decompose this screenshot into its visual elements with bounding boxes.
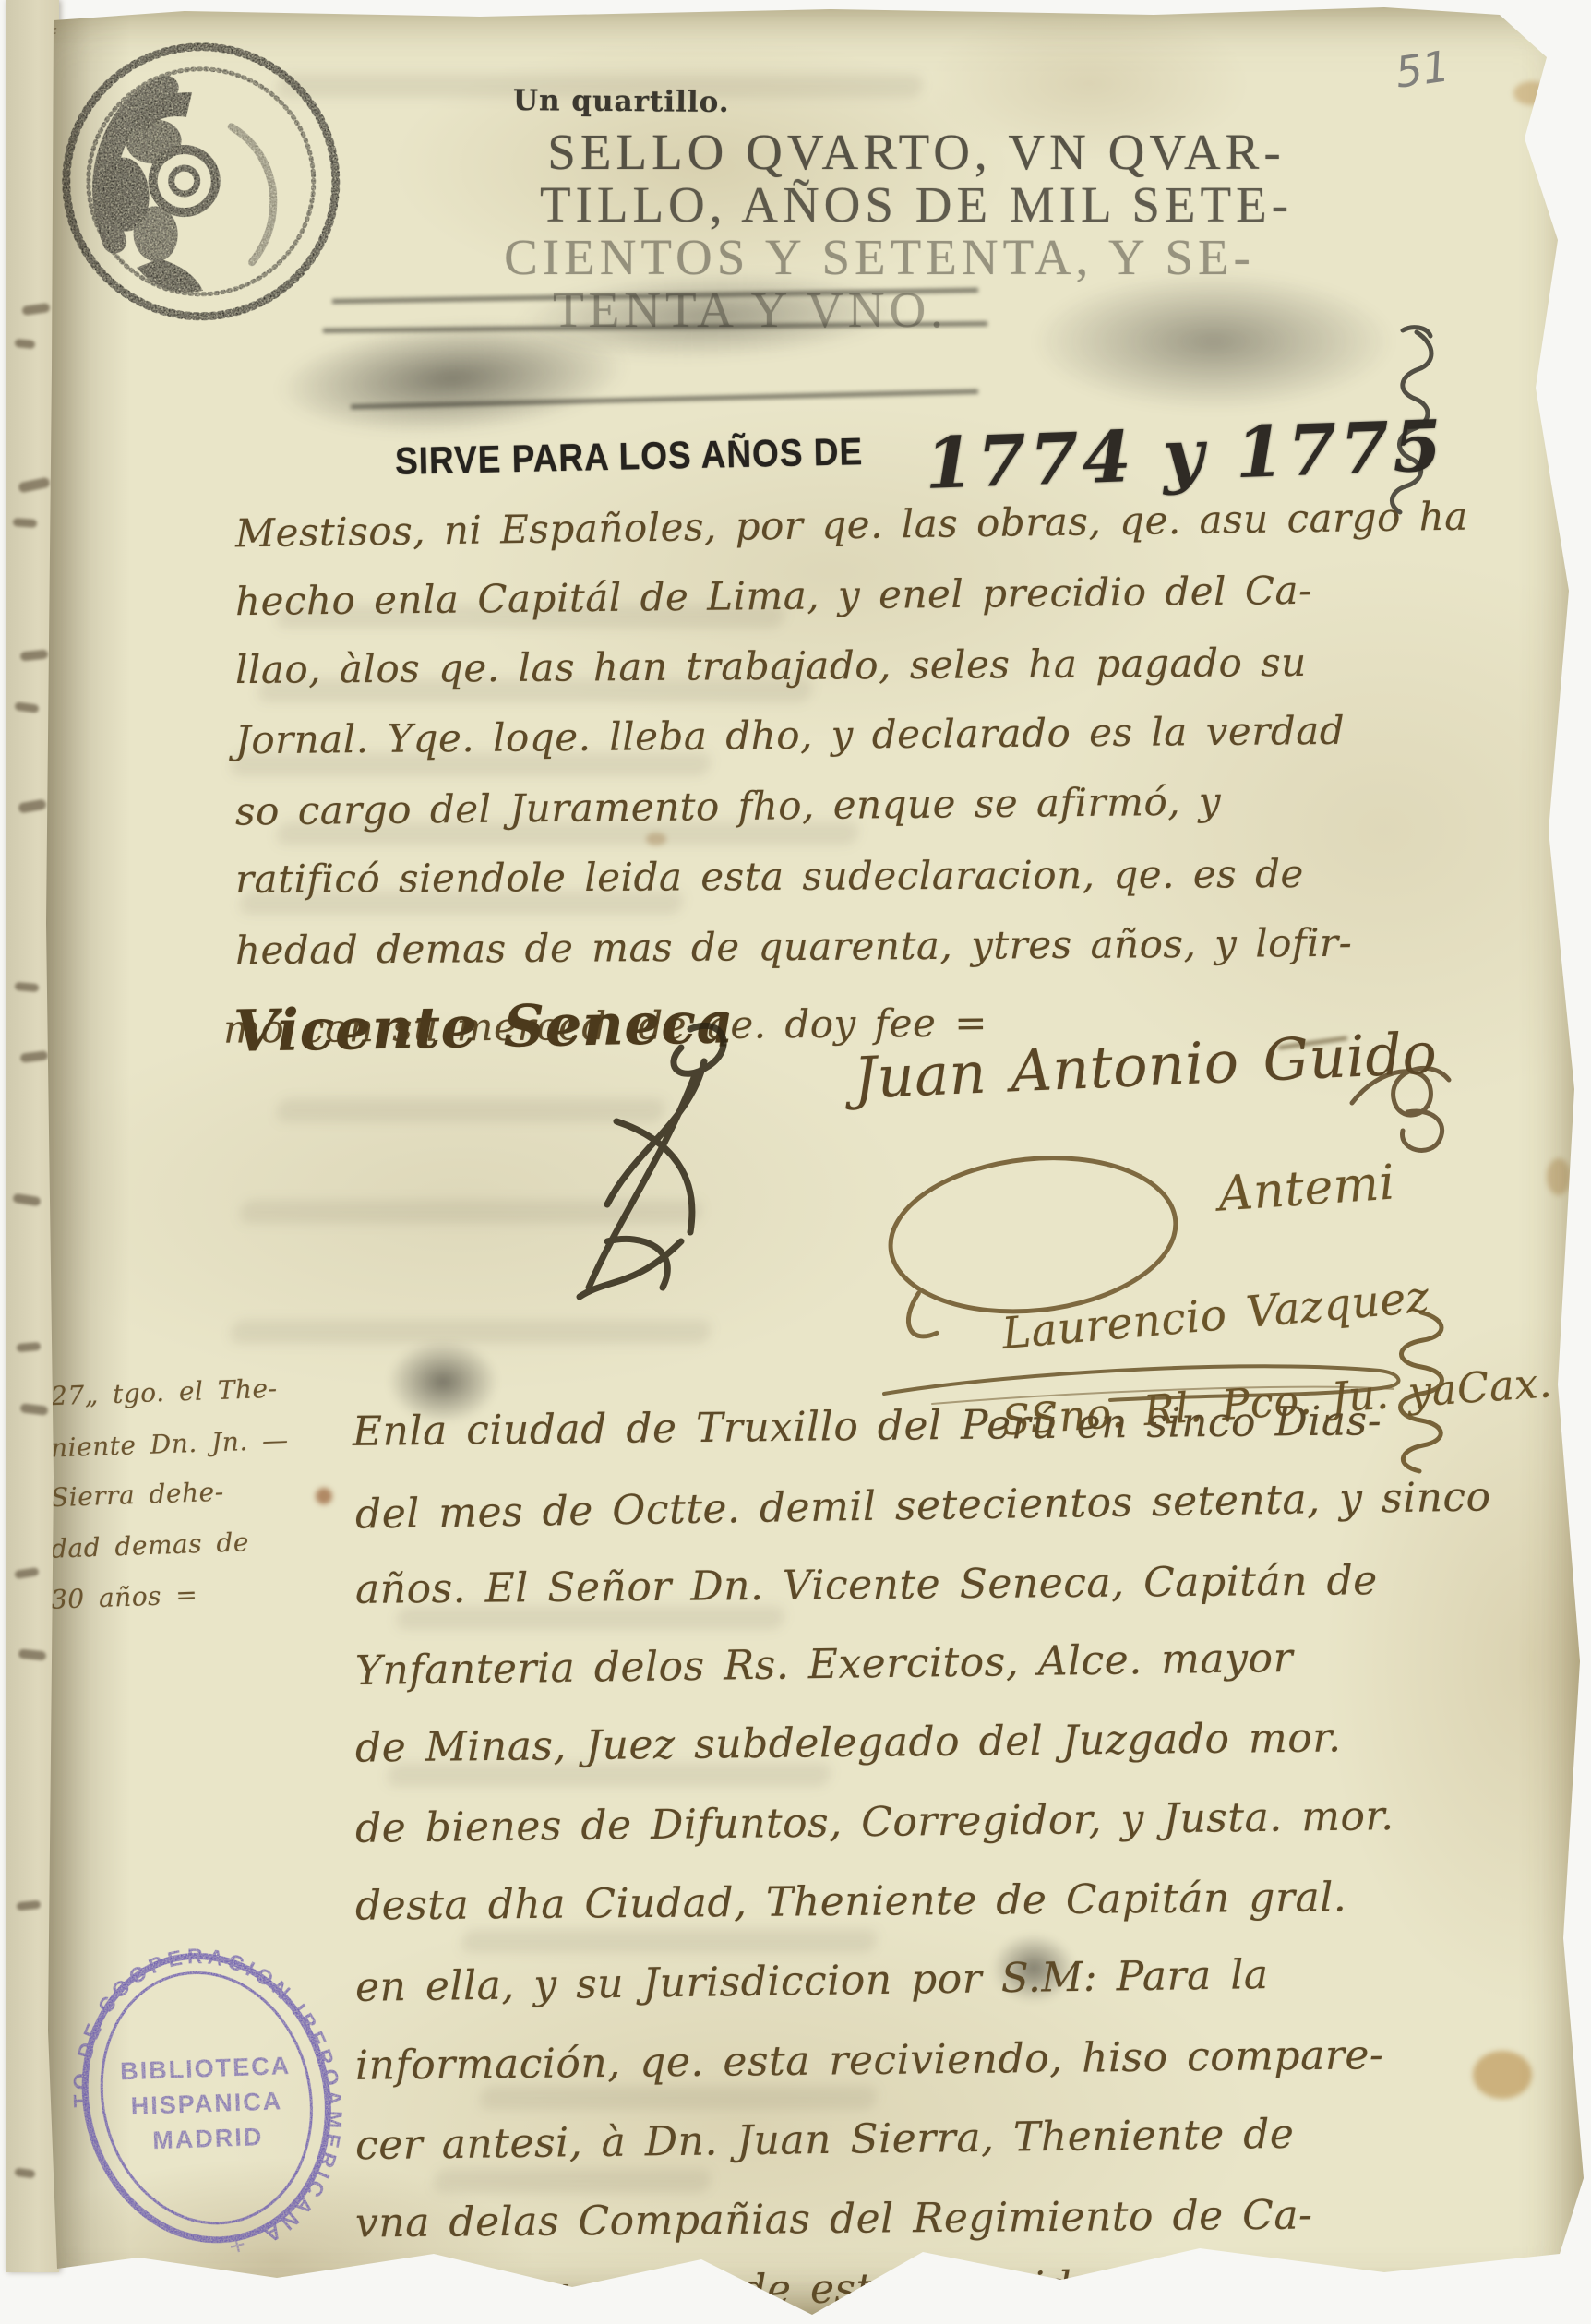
manuscript-line: hedad demas de mas de quarenta, ytres añ… (235, 920, 1353, 973)
foxing-spot (646, 833, 666, 845)
guido-signature-loops (1343, 1048, 1463, 1149)
seal-text-line: TILLO, AÑOS DE MIL SETE- (450, 178, 1382, 231)
manuscript-line: del mes de Octte. demil setecientos sete… (355, 1473, 1491, 1538)
manuscript-line: vna delas Compañias del Regimiento de Ca… (355, 2191, 1313, 2246)
foxing-spot (316, 1488, 332, 1504)
seal-text-line: SELLO QVARTO, VN QVAR- (450, 126, 1382, 178)
printed-motto: Un quartillo. (513, 84, 730, 119)
manuscript-line: de bienes de Difuntos, Corregidor, y Jus… (355, 1792, 1394, 1852)
manuscript-line: hecho enla Capitál de Lima, y enel preci… (235, 568, 1312, 624)
manuscript-line: Jornal. Yqe. loqe. lleba dho, y declarad… (235, 708, 1346, 762)
seal-text-line: CIENTOS Y SETENTA, Y SE- (413, 231, 1346, 283)
manuscript-page: Un quartillo. SELLO QVARTO, VN QVAR- TIL… (0, 0, 1591, 2324)
bleed-through-mark (17, 1342, 42, 1352)
bleed-through-mark (15, 339, 36, 349)
manuscript-line: Mestisos, ni Españoles, por qe. las obra… (235, 494, 1468, 557)
library-stamp: TO DE COOPERACION IBEROAMERICANA BIBLIOT… (29, 1907, 387, 2298)
bleed-through-mark (20, 1403, 49, 1416)
bleed-through-mark (229, 1320, 712, 1344)
foxing-spot (1473, 2051, 1532, 2099)
bleed-through-mark (460, 1929, 879, 1953)
bleed-through-mark (18, 1648, 47, 1660)
manuscript-line: en ella, y su Jurisdiccion por S.M: Para… (355, 1951, 1269, 2011)
manuscript-line: valleria, y vesino de esta Referida Ciud… (355, 2261, 1265, 2318)
bleed-through-mark (20, 1050, 49, 1063)
seal-text-line: TENTA Y VNO. (284, 283, 1216, 336)
margin-note-line: niente Dn. Jn. — (51, 1425, 290, 1464)
manuscript-line: Ynfanteria delos Rs. Exercitos, Alce. ma… (355, 1635, 1294, 1695)
revalidation-stamp-label: SIRVE PARA LOS AÑOS DE (395, 430, 864, 484)
foxing-spot (1513, 81, 1550, 105)
manuscript-line: cer antesi, à Dn. Juan Sierra, Theniente… (355, 2111, 1295, 2169)
library-stamp-center-line: HISPANICA (130, 2087, 282, 2120)
margin-note-line: Sierra dehe- (50, 1477, 224, 1514)
bleed-through-mark (15, 701, 40, 713)
manuscript-line: desta dha Ciudad, Theniente de Capitán g… (355, 1874, 1347, 1929)
bleed-through-mark (432, 2169, 712, 2193)
bleed-through-mark (14, 1567, 39, 1579)
folio-number: 51 (1393, 41, 1453, 98)
bleed-through-mark (17, 1900, 42, 1911)
foxing-spot (1547, 1158, 1571, 1195)
bleed-through-mark (20, 649, 49, 661)
bleed-through-mark (21, 303, 50, 316)
bleed-through-mark (18, 798, 46, 813)
bleed-through-mark (15, 982, 40, 992)
printed-seal-text: SELLO QVARTO, VN QVAR- TILLO, AÑOS DE MI… (450, 126, 1382, 336)
manuscript-line: Enla ciudad de Truxillo del Perú en sinc… (353, 1397, 1382, 1455)
library-stamp-center-line: MADRID (152, 2123, 264, 2154)
manuscript-line: años. El Señor Dn. Vicente Seneca, Capit… (355, 1557, 1378, 1613)
manuscript-line: información, qe. esta reciviendo, hiso c… (355, 2031, 1384, 2090)
cancel-stroke (351, 389, 978, 410)
ante-mi-note: Antemi (1216, 1155, 1396, 1222)
bleed-through-mark (478, 2086, 879, 2110)
vicente-rubric-flourish (552, 1011, 746, 1306)
library-stamp-center-line: BIBLIOTECA (120, 2052, 292, 2085)
margin-note-line: dad demas de (50, 1527, 249, 1563)
bleed-through-mark (12, 1193, 41, 1207)
bleed-through-mark (14, 2168, 35, 2179)
document-scan: Un quartillo. SELLO QVARTO, VN QVAR- TIL… (0, 0, 1591, 2324)
bleed-through-mark (13, 518, 38, 528)
manuscript-line: llao, àlos qe. las han trabajado, seles … (235, 640, 1307, 692)
manuscript-line: so cargo del Juramento fho, enque se afi… (235, 778, 1222, 833)
manuscript-line: ratificó siendole leida esta sudeclaraci… (235, 851, 1304, 902)
margin-note-line: 27„ tgo. el The- (50, 1373, 278, 1412)
bleed-through-mark (18, 477, 51, 494)
manuscript-line: de Minas, Juez subdelegado del Juzgado m… (355, 1714, 1342, 1771)
margin-note-line: 30 años = (50, 1579, 197, 1615)
